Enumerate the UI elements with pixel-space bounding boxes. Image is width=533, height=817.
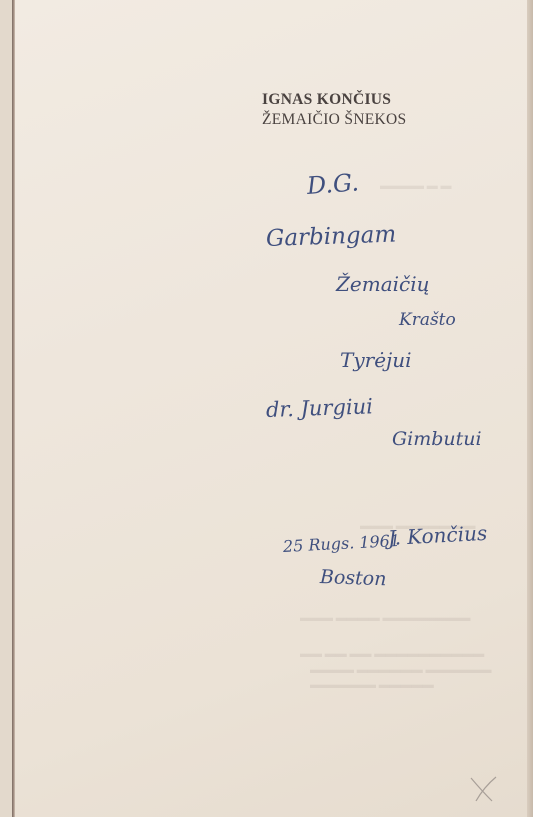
- inscription-line-surname: Gimbutui: [392, 428, 482, 450]
- inscription-line-krasto: Krašto: [399, 310, 456, 330]
- inscription-line-zemaiciu: Žemaičių: [336, 272, 430, 296]
- page-right-edge: [527, 0, 533, 817]
- inscription-line-recipient: dr. Jurgiui: [266, 394, 374, 422]
- facing-page-edge: [0, 0, 12, 817]
- book-title: ŽEMAIČIO ŠNEKOS: [262, 110, 406, 130]
- inscription-place: Boston: [320, 566, 387, 590]
- title-block: IGNAS KONČIUS ŽEMAIČIO ŠNEKOS: [262, 90, 406, 130]
- pencil-x-mark-icon: [468, 775, 498, 803]
- inscription-line-garbingam: Garbingam: [266, 221, 397, 252]
- inscription-line-tyrejui: Tyrėjui: [340, 348, 412, 372]
- author-name: IGNAS KONČIUS: [262, 90, 406, 110]
- inscription-salutation: D.G.: [306, 168, 360, 200]
